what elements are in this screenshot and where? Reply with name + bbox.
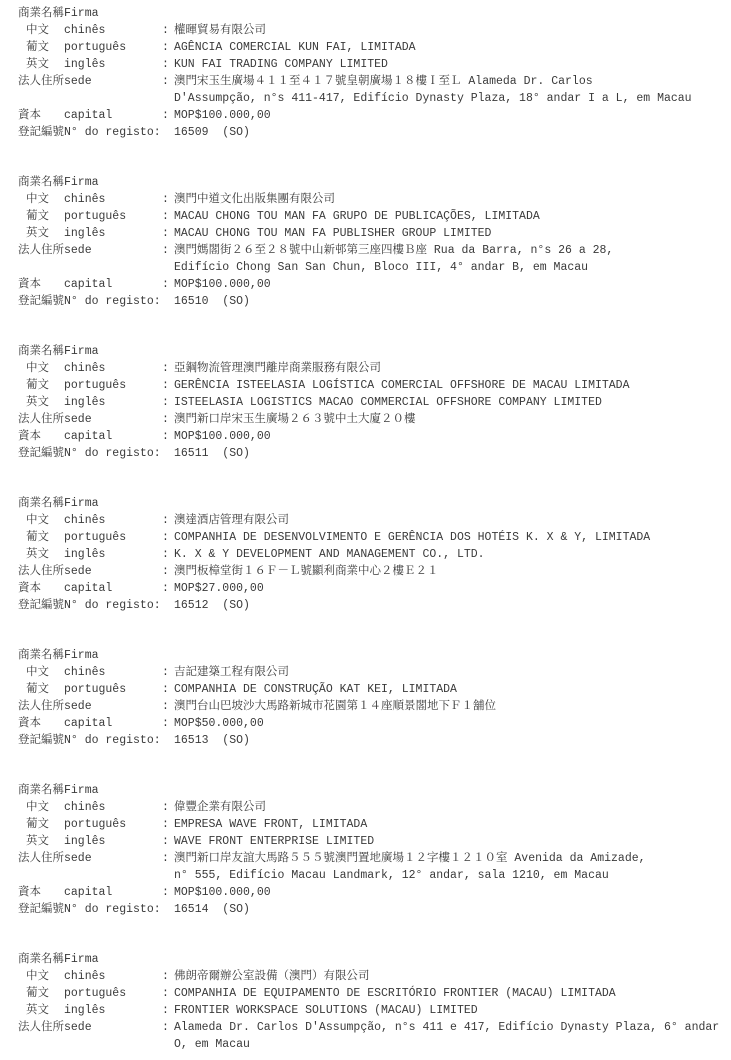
label-chinese: 葡文 bbox=[18, 816, 64, 833]
label-chinese: 資本 bbox=[18, 107, 64, 124]
label-portuguese: inglês bbox=[64, 1002, 162, 1019]
registry-row: 商業名稱 Firma bbox=[18, 647, 727, 664]
label-chinese: 商業名稱 bbox=[18, 5, 64, 22]
label-portuguese: português bbox=[64, 377, 162, 394]
label-portuguese: chinês bbox=[64, 664, 162, 681]
field-value: 澳門媽閣街２６至２８號中山新邨第三座四樓Ｂ座 Rua da Barra, n°s… bbox=[174, 242, 727, 259]
registry-row-continuation: O, em Macau bbox=[18, 1036, 727, 1053]
label-chinese: 商業名稱 bbox=[18, 343, 64, 360]
label-chinese: 商業名稱 bbox=[18, 174, 64, 191]
colon-separator: : bbox=[162, 208, 174, 225]
registry-row: 商業名稱 Firma bbox=[18, 343, 727, 360]
label-portuguese: Firma bbox=[64, 174, 162, 191]
label-chinese: 英文 bbox=[18, 1002, 64, 1019]
colon-separator: : bbox=[162, 225, 174, 242]
colon-separator: : bbox=[162, 1019, 174, 1036]
label-chinese: 法人住所 bbox=[18, 73, 64, 90]
label-portuguese: N° do registo: bbox=[64, 445, 162, 462]
label-portuguese: português bbox=[64, 208, 162, 225]
label-portuguese: chinês bbox=[64, 512, 162, 529]
field-value: K. X & Y DEVELOPMENT AND MANAGEMENT CO.,… bbox=[174, 546, 727, 563]
field-value: 16514 (SO) bbox=[174, 901, 727, 918]
colon-separator: : bbox=[162, 242, 174, 259]
registry-row: 葡文 português : COMPANHIA DE DESENVOLVIME… bbox=[18, 529, 727, 546]
label-chinese: 商業名稱 bbox=[18, 782, 64, 799]
registry-entry: 商業名稱 Firma 中文 chinês : 吉記建築工程有限公司 葡文 por… bbox=[18, 647, 727, 749]
label-portuguese: Firma bbox=[64, 782, 162, 799]
field-value: 亞鋼物流管理澳門離岸商業服務有限公司 bbox=[174, 360, 727, 377]
colon-separator: : bbox=[162, 664, 174, 681]
label-chinese: 法人住所 bbox=[18, 850, 64, 867]
field-value: 澳門台山巴坡沙大馬路新城市花園第１４座順景閣地下Ｆ１舖位 bbox=[174, 698, 727, 715]
colon-separator: : bbox=[162, 799, 174, 816]
registry-row: 登記編號 N° do registo: 16509 (SO) bbox=[18, 124, 727, 141]
field-value: MOP$100.000,00 bbox=[174, 107, 727, 124]
registry-row: 商業名稱 Firma bbox=[18, 174, 727, 191]
label-portuguese: português bbox=[64, 816, 162, 833]
label-portuguese: inglês bbox=[64, 394, 162, 411]
label-chinese: 中文 bbox=[18, 968, 64, 985]
label-chinese: 中文 bbox=[18, 512, 64, 529]
field-value: MOP$27.000,00 bbox=[174, 580, 727, 597]
label-portuguese: chinês bbox=[64, 191, 162, 208]
colon-separator: : bbox=[162, 968, 174, 985]
label-chinese: 英文 bbox=[18, 394, 64, 411]
field-value: MACAU CHONG TOU MAN FA PUBLISHER GROUP L… bbox=[174, 225, 727, 242]
colon-separator: : bbox=[162, 546, 174, 563]
label-portuguese: N° do registo: bbox=[64, 901, 162, 918]
field-value: COMPANHIA DE EQUIPAMENTO DE ESCRITÓRIO F… bbox=[174, 985, 727, 1002]
label-portuguese: capital bbox=[64, 107, 162, 124]
registry-row: 葡文 português : COMPANHIA DE CONSTRUÇÃO K… bbox=[18, 681, 727, 698]
colon-separator: : bbox=[162, 39, 174, 56]
field-value: Alameda Dr. Carlos D'Assumpção, n°s 411 … bbox=[174, 1019, 727, 1036]
registry-row: 葡文 português : GERÊNCIA ISTEELASIA LOGÍS… bbox=[18, 377, 727, 394]
colon-separator: : bbox=[162, 529, 174, 546]
field-value: 澳門新口岸友誼大馬路５５５號澳門置地廣場１２字樓１２１０室 Avenida da… bbox=[174, 850, 727, 867]
field-value: 權暉貿易有限公司 bbox=[174, 22, 727, 39]
field-value: 澳門宋玉生廣場４１１至４１７號皇朝廣場１８樓Ｉ至Ｌ Alameda Dr. Ca… bbox=[174, 73, 727, 90]
registry-row: 商業名稱 Firma bbox=[18, 495, 727, 512]
colon-separator: : bbox=[162, 22, 174, 39]
field-value: COMPANHIA DE CONSTRUÇÃO KAT KEI, LIMITAD… bbox=[174, 681, 727, 698]
label-chinese: 英文 bbox=[18, 833, 64, 850]
registry-row: 法人住所 sede : 澳門媽閣街２６至２８號中山新邨第三座四樓Ｂ座 Rua d… bbox=[18, 242, 727, 259]
field-value: n° 555, Edifício Macau Landmark, 12° and… bbox=[174, 867, 727, 884]
label-portuguese: chinês bbox=[64, 968, 162, 985]
registry-row: 法人住所 sede : Alameda Dr. Carlos D'Assumpç… bbox=[18, 1019, 727, 1036]
label-chinese: 中文 bbox=[18, 360, 64, 377]
colon-separator: : bbox=[162, 107, 174, 124]
label-portuguese: Firma bbox=[64, 647, 162, 664]
label-chinese: 登記編號 bbox=[18, 293, 64, 310]
registry-row: 中文 chinês : 權暉貿易有限公司 bbox=[18, 22, 727, 39]
registry-row: 資本 capital : MOP$50.000,00 bbox=[18, 715, 727, 732]
colon-separator: : bbox=[162, 681, 174, 698]
field-value: D'Assumpção, n°s 411-417, Edifício Dynas… bbox=[174, 90, 727, 107]
registry-row: 英文 inglês : FRONTIER WORKSPACE SOLUTIONS… bbox=[18, 1002, 727, 1019]
colon-separator: : bbox=[162, 56, 174, 73]
field-value: 16513 (SO) bbox=[174, 732, 727, 749]
registry-row: 中文 chinês : 亞鋼物流管理澳門離岸商業服務有限公司 bbox=[18, 360, 727, 377]
label-chinese: 中文 bbox=[18, 22, 64, 39]
colon-separator: : bbox=[162, 411, 174, 428]
colon-separator: : bbox=[162, 580, 174, 597]
registry-row: 登記編號 N° do registo: 16510 (SO) bbox=[18, 293, 727, 310]
label-portuguese: sede bbox=[64, 73, 162, 90]
label-portuguese: N° do registo: bbox=[64, 124, 162, 141]
field-value: MOP$100.000,00 bbox=[174, 276, 727, 293]
registry-entry: 商業名稱 Firma 中文 chinês : 偉豐企業有限公司 葡文 portu… bbox=[18, 782, 727, 918]
registry-row: 登記編號 N° do registo: 16513 (SO) bbox=[18, 732, 727, 749]
field-value: 澳門新口岸宋玉生廣場２６３號中土大廈２０樓 bbox=[174, 411, 727, 428]
label-portuguese: português bbox=[64, 39, 162, 56]
label-chinese: 資本 bbox=[18, 715, 64, 732]
registry-entry: 商業名稱 Firma 中文 chinês : 佛朗帝爾辦公室設備（澳門）有限公司… bbox=[18, 951, 727, 1053]
label-portuguese: inglês bbox=[64, 56, 162, 73]
registry-row-continuation: Edifício Chong San San Chun, Bloco III, … bbox=[18, 259, 727, 276]
field-value: 16510 (SO) bbox=[174, 293, 727, 310]
registry-row: 中文 chinês : 吉記建築工程有限公司 bbox=[18, 664, 727, 681]
registry-entry: 商業名稱 Firma 中文 chinês : 澳達酒店管理有限公司 葡文 por… bbox=[18, 495, 727, 614]
registry-row: 葡文 português : AGÊNCIA COMERCIAL KUN FAI… bbox=[18, 39, 727, 56]
label-portuguese: sede bbox=[64, 1019, 162, 1036]
label-chinese: 葡文 bbox=[18, 529, 64, 546]
label-chinese: 商業名稱 bbox=[18, 951, 64, 968]
label-chinese: 中文 bbox=[18, 191, 64, 208]
label-chinese: 英文 bbox=[18, 546, 64, 563]
field-value: COMPANHIA DE DESENVOLVIMENTO E GERÊNCIA … bbox=[174, 529, 727, 546]
label-portuguese: capital bbox=[64, 884, 162, 901]
registry-row: 英文 inglês : K. X & Y DEVELOPMENT AND MAN… bbox=[18, 546, 727, 563]
field-value: 16511 (SO) bbox=[174, 445, 727, 462]
registry-row: 法人住所 sede : 澳門宋玉生廣場４１１至４１７號皇朝廣場１８樓Ｉ至Ｌ Al… bbox=[18, 73, 727, 90]
label-portuguese: português bbox=[64, 681, 162, 698]
label-portuguese: sede bbox=[64, 242, 162, 259]
label-portuguese: chinês bbox=[64, 22, 162, 39]
label-chinese: 葡文 bbox=[18, 377, 64, 394]
field-value: 16512 (SO) bbox=[174, 597, 727, 614]
field-value: MACAU CHONG TOU MAN FA GRUPO DE PUBLICAÇ… bbox=[174, 208, 727, 225]
colon-separator: : bbox=[162, 428, 174, 445]
label-chinese: 中文 bbox=[18, 799, 64, 816]
label-chinese: 英文 bbox=[18, 225, 64, 242]
colon-separator: : bbox=[162, 73, 174, 90]
registry-row: 資本 capital : MOP$27.000,00 bbox=[18, 580, 727, 597]
colon-separator: : bbox=[162, 816, 174, 833]
label-chinese: 葡文 bbox=[18, 985, 64, 1002]
registry-entry: 商業名稱 Firma 中文 chinês : 亞鋼物流管理澳門離岸商業服務有限公… bbox=[18, 343, 727, 462]
colon-separator: : bbox=[162, 833, 174, 850]
label-chinese: 葡文 bbox=[18, 681, 64, 698]
label-portuguese: capital bbox=[64, 428, 162, 445]
label-portuguese: sede bbox=[64, 698, 162, 715]
label-portuguese: Firma bbox=[64, 5, 162, 22]
registry-row: 登記編號 N° do registo: 16512 (SO) bbox=[18, 597, 727, 614]
colon-separator: : bbox=[162, 377, 174, 394]
label-portuguese: inglês bbox=[64, 833, 162, 850]
registry-row: 資本 capital : MOP$100.000,00 bbox=[18, 428, 727, 445]
label-chinese: 法人住所 bbox=[18, 411, 64, 428]
colon-separator: : bbox=[162, 850, 174, 867]
registry-row-continuation: n° 555, Edifício Macau Landmark, 12° and… bbox=[18, 867, 727, 884]
field-value: MOP$100.000,00 bbox=[174, 884, 727, 901]
label-chinese: 中文 bbox=[18, 664, 64, 681]
label-chinese: 登記編號 bbox=[18, 445, 64, 462]
registry-row: 英文 inglês : WAVE FRONT ENTERPRISE LIMITE… bbox=[18, 833, 727, 850]
registry-entry: 商業名稱 Firma 中文 chinês : 權暉貿易有限公司 葡文 portu… bbox=[18, 5, 727, 141]
label-chinese: 商業名稱 bbox=[18, 647, 64, 664]
colon-separator: : bbox=[162, 191, 174, 208]
label-portuguese: capital bbox=[64, 715, 162, 732]
registry-row: 法人住所 sede : 澳門新口岸宋玉生廣場２６３號中土大廈２０樓 bbox=[18, 411, 727, 428]
registry-row: 商業名稱 Firma bbox=[18, 5, 727, 22]
document-page: 商業名稱 Firma 中文 chinês : 權暉貿易有限公司 葡文 portu… bbox=[0, 0, 731, 1060]
field-value: 16509 (SO) bbox=[174, 124, 727, 141]
label-chinese: 資本 bbox=[18, 428, 64, 445]
label-chinese: 商業名稱 bbox=[18, 495, 64, 512]
field-value: O, em Macau bbox=[174, 1036, 727, 1053]
colon-separator: : bbox=[162, 698, 174, 715]
field-value: 澳達酒店管理有限公司 bbox=[174, 512, 727, 529]
field-value: Edifício Chong San San Chun, Bloco III, … bbox=[174, 259, 727, 276]
label-chinese: 葡文 bbox=[18, 208, 64, 225]
label-chinese: 資本 bbox=[18, 884, 64, 901]
label-chinese: 法人住所 bbox=[18, 242, 64, 259]
colon-separator: : bbox=[162, 985, 174, 1002]
label-portuguese: sede bbox=[64, 563, 162, 580]
registry-row: 法人住所 sede : 澳門板樟堂街１６Ｆ－Ｌ號顯利商業中心２樓Ｅ２１ bbox=[18, 563, 727, 580]
colon-separator: : bbox=[162, 512, 174, 529]
registry-row: 資本 capital : MOP$100.000,00 bbox=[18, 884, 727, 901]
label-chinese: 資本 bbox=[18, 276, 64, 293]
label-portuguese: português bbox=[64, 985, 162, 1002]
label-portuguese: chinês bbox=[64, 799, 162, 816]
label-chinese: 葡文 bbox=[18, 39, 64, 56]
field-value: EMPRESA WAVE FRONT, LIMITADA bbox=[174, 816, 727, 833]
label-chinese: 登記編號 bbox=[18, 124, 64, 141]
registry-entry: 商業名稱 Firma 中文 chinês : 澳門中道文化出版集團有限公司 葡文… bbox=[18, 174, 727, 310]
registry-row: 葡文 português : MACAU CHONG TOU MAN FA GR… bbox=[18, 208, 727, 225]
field-value: ISTEELASIA LOGISTICS MACAO COMMERCIAL OF… bbox=[174, 394, 727, 411]
registry-row-continuation: D'Assumpção, n°s 411-417, Edifício Dynas… bbox=[18, 90, 727, 107]
label-portuguese: sede bbox=[64, 411, 162, 428]
label-chinese: 英文 bbox=[18, 56, 64, 73]
label-chinese: 法人住所 bbox=[18, 1019, 64, 1036]
registry-row: 登記編號 N° do registo: 16514 (SO) bbox=[18, 901, 727, 918]
colon-separator: : bbox=[162, 884, 174, 901]
colon-separator: : bbox=[162, 360, 174, 377]
registry-row: 英文 inglês : KUN FAI TRADING COMPANY LIMI… bbox=[18, 56, 727, 73]
label-portuguese: Firma bbox=[64, 951, 162, 968]
label-portuguese: português bbox=[64, 529, 162, 546]
label-chinese: 登記編號 bbox=[18, 597, 64, 614]
field-value: 澳門板樟堂街１６Ｆ－Ｌ號顯利商業中心２樓Ｅ２１ bbox=[174, 563, 727, 580]
field-value: KUN FAI TRADING COMPANY LIMITED bbox=[174, 56, 727, 73]
registry-row: 商業名稱 Firma bbox=[18, 951, 727, 968]
label-portuguese: capital bbox=[64, 276, 162, 293]
label-portuguese: sede bbox=[64, 850, 162, 867]
registry-row: 資本 capital : MOP$100.000,00 bbox=[18, 276, 727, 293]
registry-row: 英文 inglês : MACAU CHONG TOU MAN FA PUBLI… bbox=[18, 225, 727, 242]
field-value: GERÊNCIA ISTEELASIA LOGÍSTICA COMERCIAL … bbox=[174, 377, 727, 394]
registry-row: 葡文 português : EMPRESA WAVE FRONT, LIMIT… bbox=[18, 816, 727, 833]
label-chinese: 資本 bbox=[18, 580, 64, 597]
registry-row: 資本 capital : MOP$100.000,00 bbox=[18, 107, 727, 124]
colon-separator: : bbox=[162, 276, 174, 293]
registry-row: 登記編號 N° do registo: 16511 (SO) bbox=[18, 445, 727, 462]
label-portuguese: N° do registo: bbox=[64, 732, 162, 749]
label-portuguese: capital bbox=[64, 580, 162, 597]
field-value: 偉豐企業有限公司 bbox=[174, 799, 727, 816]
registry-row: 中文 chinês : 偉豐企業有限公司 bbox=[18, 799, 727, 816]
label-portuguese: N° do registo: bbox=[64, 597, 162, 614]
label-chinese: 登記編號 bbox=[18, 901, 64, 918]
field-value: WAVE FRONT ENTERPRISE LIMITED bbox=[174, 833, 727, 850]
field-value: FRONTIER WORKSPACE SOLUTIONS (MACAU) LIM… bbox=[174, 1002, 727, 1019]
registry-row: 中文 chinês : 澳門中道文化出版集團有限公司 bbox=[18, 191, 727, 208]
colon-separator: : bbox=[162, 394, 174, 411]
label-chinese: 登記編號 bbox=[18, 732, 64, 749]
field-value: MOP$100.000,00 bbox=[174, 428, 727, 445]
label-portuguese: N° do registo: bbox=[64, 293, 162, 310]
registry-row: 中文 chinês : 澳達酒店管理有限公司 bbox=[18, 512, 727, 529]
label-portuguese: Firma bbox=[64, 495, 162, 512]
label-chinese: 法人住所 bbox=[18, 563, 64, 580]
label-portuguese: inglês bbox=[64, 225, 162, 242]
field-value: 吉記建築工程有限公司 bbox=[174, 664, 727, 681]
field-value: AGÊNCIA COMERCIAL KUN FAI, LIMITADA bbox=[174, 39, 727, 56]
label-portuguese: inglês bbox=[64, 546, 162, 563]
registry-row: 商業名稱 Firma bbox=[18, 782, 727, 799]
colon-separator: : bbox=[162, 563, 174, 580]
colon-separator: : bbox=[162, 715, 174, 732]
label-chinese: 法人住所 bbox=[18, 698, 64, 715]
label-portuguese: chinês bbox=[64, 360, 162, 377]
field-value: MOP$50.000,00 bbox=[174, 715, 727, 732]
registry-row: 法人住所 sede : 澳門新口岸友誼大馬路５５５號澳門置地廣場１２字樓１２１０… bbox=[18, 850, 727, 867]
registry-row: 英文 inglês : ISTEELASIA LOGISTICS MACAO C… bbox=[18, 394, 727, 411]
label-portuguese: Firma bbox=[64, 343, 162, 360]
registry-row: 葡文 português : COMPANHIA DE EQUIPAMENTO … bbox=[18, 985, 727, 1002]
registry-row: 法人住所 sede : 澳門台山巴坡沙大馬路新城市花園第１４座順景閣地下Ｆ１舖位 bbox=[18, 698, 727, 715]
field-value: 佛朗帝爾辦公室設備（澳門）有限公司 bbox=[174, 968, 727, 985]
registry-row: 中文 chinês : 佛朗帝爾辦公室設備（澳門）有限公司 bbox=[18, 968, 727, 985]
field-value: 澳門中道文化出版集團有限公司 bbox=[174, 191, 727, 208]
colon-separator: : bbox=[162, 1002, 174, 1019]
